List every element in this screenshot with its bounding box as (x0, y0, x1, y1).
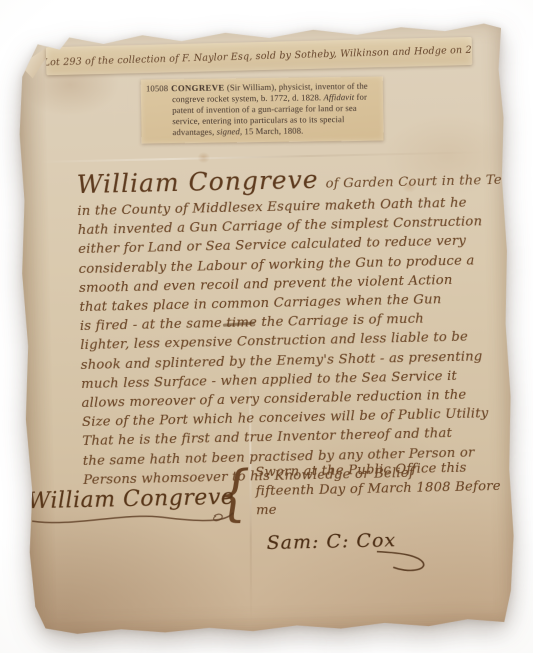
congreve-signature: William Congreve (27, 485, 244, 529)
provenance-text: From Lot 293 of the collection of F. Nay… (46, 43, 473, 69)
signature-text: Sam: C: Cox (266, 529, 396, 554)
manuscript-opening-line: William Congreveof Garden Court in the T… (76, 161, 491, 199)
manuscript-body: William Congreveof Garden Court in the T… (76, 161, 497, 490)
horizontal-crease (38, 151, 487, 163)
document-paper-wrap: From Lot 293 of the collection of F. Nay… (15, 21, 516, 638)
lot-number: 10508 (146, 83, 168, 93)
entry-name: CONGREVE (171, 82, 225, 93)
author-name: William Congreve (76, 165, 318, 199)
photo-background: From Lot 293 of the collection of F. Nay… (0, 0, 533, 653)
entry-text: , 15 March, 1808. (240, 125, 304, 136)
signature-text: William Congreve (27, 485, 234, 515)
entry-italic: Affidavit (323, 92, 354, 102)
jurat-block: { Sworn at the Public Office this fiftee… (217, 459, 501, 523)
provenance-label: From Lot 293 of the collection of F. Nay… (46, 37, 473, 75)
jurat-lines: Sworn at the Public Office this fifteent… (255, 459, 501, 521)
catalog-entry: 10508CONGREVE (Sir William), physicist, … (146, 81, 379, 139)
entry-italic: signed (217, 126, 240, 136)
catalog-clipping: 10508CONGREVE (Sir William), physicist, … (141, 77, 384, 144)
document-paper: From Lot 293 of the collection of F. Nay… (15, 21, 516, 638)
witness-signature: Sam: C: Cox (266, 528, 447, 578)
opening-rest: of Garden Court in the Temple (325, 172, 533, 192)
